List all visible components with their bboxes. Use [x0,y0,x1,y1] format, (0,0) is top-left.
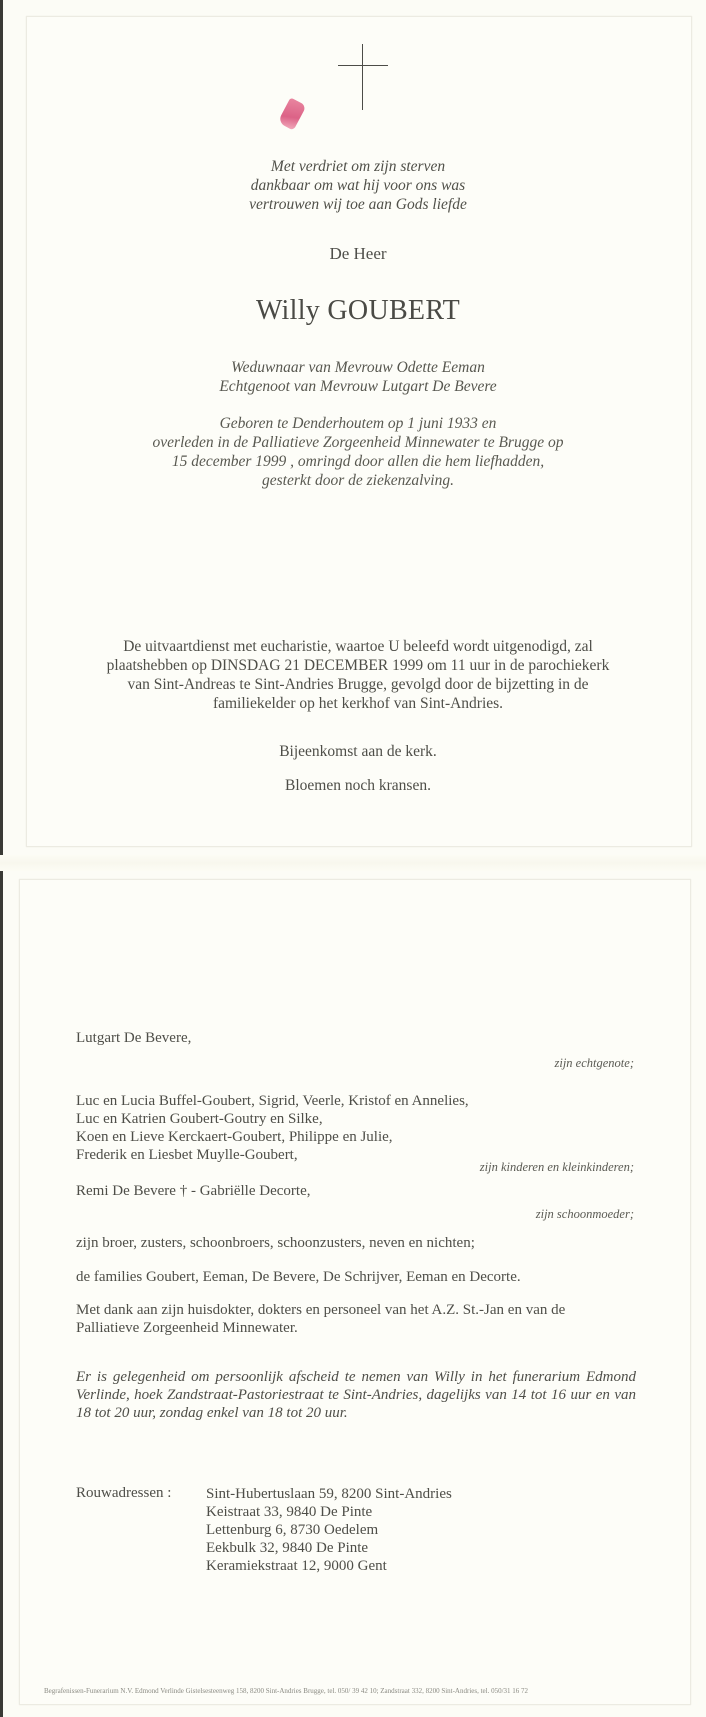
address-item: Lettenburg 6, 8730 Oedelem [206,1521,452,1539]
role-children: zijn kinderen en kleinkinderen; [480,1160,634,1175]
role-spouse: zijn echtgenote; [555,1056,635,1071]
cross-icon [338,44,388,114]
funeral-home-footer: Begrafenissen-Funerarium N.V. Edmond Ver… [44,1687,674,1695]
birth-death-info: Geboren te Denderhoutem op 1 juni 1933 e… [26,414,690,490]
funeral-service-info: De uitvaartdienst met eucharistie, waart… [26,637,690,713]
thanks: Met dank aan zijn huisdokter, dokters en… [76,1301,565,1337]
addresses-list: Sint-Hubertuslaan 59, 8200 Sint-Andries … [206,1485,452,1575]
address-item: Keistraat 33, 9840 De Pinte [206,1503,452,1521]
address-item: Keramiekstraat 12, 9000 Gent [206,1557,452,1575]
page-fold [0,855,706,871]
addresses-label: Rouwadressen : [76,1485,171,1502]
deceased-name: Willy GOUBERT [26,295,690,327]
children-list: Luc en Lucia Buffel-Goubert, Sigrid, Vee… [76,1092,469,1164]
card-back-panel [19,879,691,1705]
in-laws: Remi De Bevere † - Gabriëlle Decorte, [76,1182,310,1200]
siblings: zijn broer, zusters, schoonbroers, schoo… [76,1234,475,1252]
address-item: Sint-Hubertuslaan 59, 8200 Sint-Andries [206,1485,452,1503]
role-in-laws: zijn schoonmoeder; [536,1207,634,1222]
salutation: De Heer [26,244,690,264]
families: de families Goubert, Eeman, De Bevere, D… [76,1268,521,1286]
spouse-name: Lutgart De Bevere, [76,1029,191,1047]
visitation-info: Er is gelegenheid om persoonlijk afschei… [76,1368,636,1422]
address-item: Eekbulk 32, 9840 De Pinte [206,1539,452,1557]
gathering-note: Bijeenkomst aan de kerk. [26,743,690,761]
flowers-note: Bloemen noch kransen. [26,777,690,795]
spouse-info: Weduwnaar van Mevrouw Odette Eeman Echtg… [26,358,690,396]
memorial-verse: Met verdriet om zijn sterven dankbaar om… [26,157,690,214]
